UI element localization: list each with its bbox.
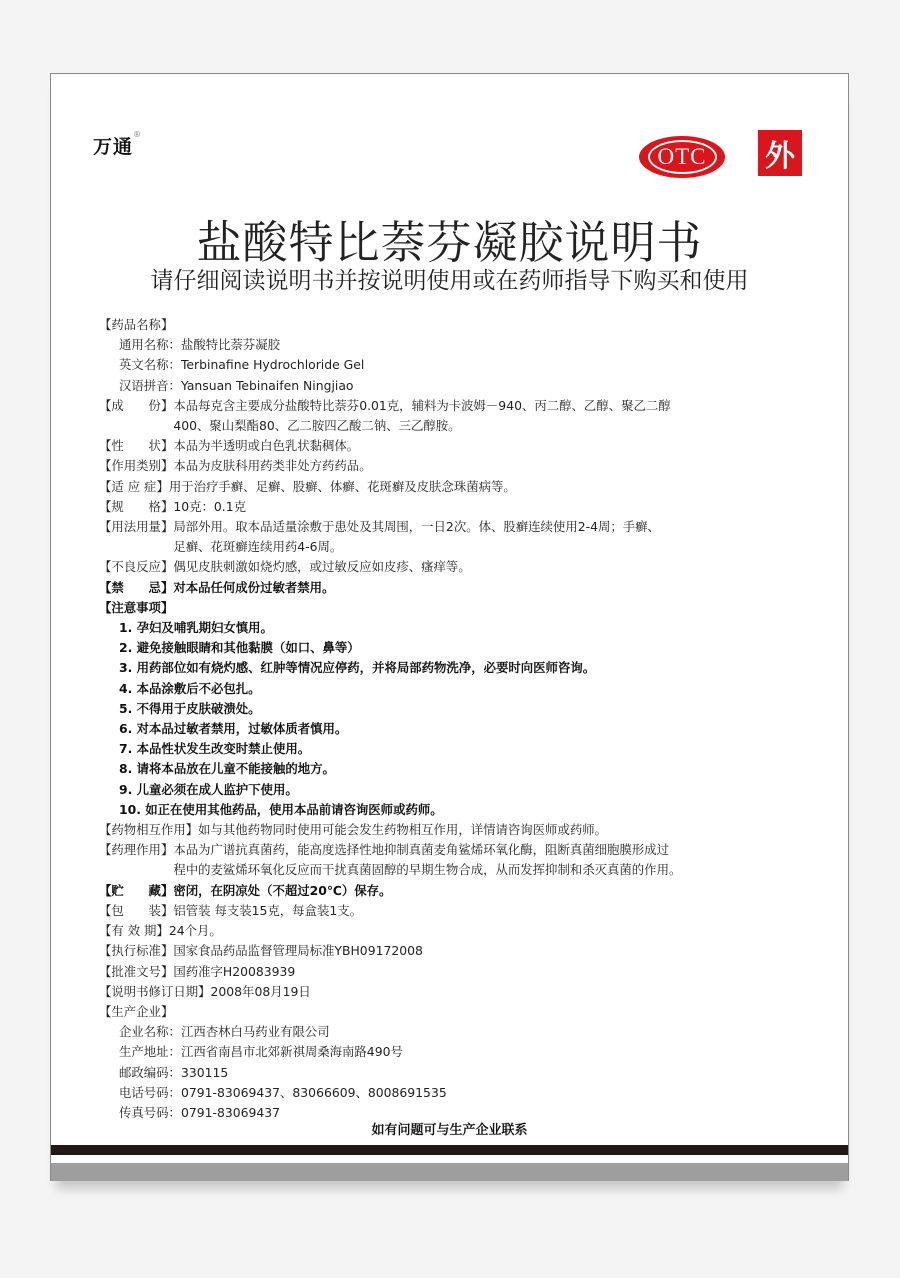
section-adverse-reactions: 【不良反应】偶见皮肤刺激如烧灼感，或过敏反应如皮疹、瘙痒等。 <box>99 557 819 577</box>
section-label: 【规 格】 <box>99 497 173 517</box>
document-subtitle: 请仔细阅读说明书并按说明使用或在药师指导下购买和使用 <box>51 262 848 295</box>
section-label: 【有 效 期】 <box>99 921 169 941</box>
section-text: 24个月。 <box>169 921 819 941</box>
section-label: 【说明书修订日期】 <box>99 982 211 1002</box>
pinyin-name-label: 汉语拼音： <box>119 376 181 396</box>
section-contraindications: 【禁 忌】对本品任何成份过敏者禁用。 <box>99 578 819 598</box>
precaution-item: 8. 请将本品放在儿童不能接触的地方。 <box>99 759 819 779</box>
brand-name: 万通 <box>93 136 133 158</box>
section-label: 【性 状】 <box>99 436 173 456</box>
section-label: 【贮 藏】 <box>99 881 173 901</box>
section-precautions: 【注意事项】 1. 孕妇及哺乳期妇女慎用。 2. 避免接触眼睛和其他黏膜（如口、… <box>99 598 819 820</box>
company-name-label: 企业名称： <box>119 1022 181 1042</box>
section-pharmacology: 【药理作用】 本品为广谱抗真菌药，能高度选择性地抑制真菌麦角鲨烯环氧化酶，阻断真… <box>99 840 819 880</box>
leaflet-content: 【药品名称】 通用名称：盐酸特比萘芬凝胶 英文名称：Terbinafine Hy… <box>99 315 819 1123</box>
section-label: 【适 应 症】 <box>99 477 169 497</box>
composition-line: 本品每克含主要成分盐酸特比萘芬0.01克，辅料为卡波姆－940、丙二醇、乙醇、聚… <box>173 396 819 416</box>
section-text: 铝管装 每支装15克，每盒装1支。 <box>173 901 819 921</box>
address: 江西省南昌市北郊新祺周桑海南路490号 <box>181 1042 819 1062</box>
generic-name: 盐酸特比萘芬凝胶 <box>181 335 819 355</box>
english-name-label: 英文名称： <box>119 355 181 375</box>
brand-logo: 万通® <box>93 132 142 159</box>
section-drug-name: 【药品名称】 通用名称：盐酸特比萘芬凝胶 英文名称：Terbinafine Hy… <box>99 315 819 396</box>
section-label: 【药物相互作用】 <box>99 820 198 840</box>
precaution-item: 1. 孕妇及哺乳期妇女慎用。 <box>99 618 819 638</box>
dosage-line: 足癣、花斑癣连续用药4-6周。 <box>173 537 819 557</box>
section-text: 10克：0.1克 <box>173 497 819 517</box>
section-label: 【用法用量】 <box>99 517 173 557</box>
section-specification: 【规 格】10克：0.1克 <box>99 497 819 517</box>
section-text: 用于治疗手癣、足癣、股癣、体癣、花斑癣及皮肤念珠菌病等。 <box>169 477 819 497</box>
section-label: 【禁 忌】 <box>99 578 173 598</box>
postcode: 330115 <box>181 1063 819 1083</box>
precaution-item: 2. 避免接触眼睛和其他黏膜（如口、鼻等） <box>99 638 819 658</box>
section-text: 国药准字H20083939 <box>173 962 819 982</box>
section-label: 【批准文号】 <box>99 962 173 982</box>
section-interactions: 【药物相互作用】如与其他药物同时使用可能会发生药物相互作用，详情请咨询医师或药师… <box>99 820 819 840</box>
section-composition: 【成 份】 本品每克含主要成分盐酸特比萘芬0.01克，辅料为卡波姆－940、丙二… <box>99 396 819 436</box>
precaution-item: 3. 用药部位如有烧灼感、红肿等情况应停药，并将局部药物洗净，必要时向医师咨询。 <box>99 658 819 678</box>
pharmacology-line: 程中的麦鲨烯环氧化反应而干扰真菌固醇的早期生物合成，从而发挥抑制和杀灭真菌的作用… <box>173 860 819 880</box>
section-manufacturer: 【生产企业】 企业名称：江西杏林白马药业有限公司 生产地址：江西省南昌市北郊新祺… <box>99 1002 819 1123</box>
section-text: 本品为半透明或白色乳状黏稠体。 <box>173 436 819 456</box>
section-text: 本品为皮肤科用药类非处方药药品。 <box>173 456 819 476</box>
section-packaging: 【包 装】铝管装 每支装15克，每盒装1支。 <box>99 901 819 921</box>
postcode-label: 邮政编码： <box>119 1063 181 1083</box>
section-label: 【注意事项】 <box>99 598 819 618</box>
composition-line: 400、聚山梨酯80、乙二胺四乙酸二钠、三乙醇胺。 <box>173 416 819 436</box>
registered-mark: ® <box>133 130 142 139</box>
section-text: 对本品任何成份过敏者禁用。 <box>173 578 819 598</box>
section-dosage: 【用法用量】 局部外用。取本品适量涂敷于患处及其周围，一日2次。体、股癣连续使用… <box>99 517 819 557</box>
section-label: 【成 份】 <box>99 396 173 436</box>
footer-contact-note: 如有问题可与生产企业联系 <box>51 1119 848 1138</box>
precaution-item: 10. 如正在使用其他药品，使用本品前请咨询医师或药师。 <box>99 800 819 820</box>
phone: 0791-83069437、83066609、8008691535 <box>181 1083 819 1103</box>
precaution-item: 5. 不得用于皮肤破溃处。 <box>99 699 819 719</box>
section-storage: 【贮 藏】密闭，在阴凉处（不超过20℃）保存。 <box>99 881 819 901</box>
section-text: 偶见皮肤刺激如烧灼感，或过敏反应如皮疹、瘙痒等。 <box>173 557 819 577</box>
otc-badge-icon: OTC <box>639 136 725 178</box>
section-label: 【作用类别】 <box>99 456 173 476</box>
pharmacology-line: 本品为广谱抗真菌药，能高度选择性地抑制真菌麦角鲨烯环氧化酶，阻断真菌细胞膜形成过 <box>173 840 819 860</box>
section-text: 如与其他药物同时使用可能会发生药物相互作用，详情请咨询医师或药师。 <box>198 820 819 840</box>
footer-gray-band <box>51 1163 848 1181</box>
section-label: 【不良反应】 <box>99 557 173 577</box>
pinyin-name: Yansuan Tebinaifen Ningjiao <box>181 376 819 396</box>
section-label: 【药品名称】 <box>99 315 819 335</box>
section-text: 2008年08月19日 <box>211 982 819 1002</box>
precaution-item: 6. 对本品过敏者禁用，过敏体质者慎用。 <box>99 719 819 739</box>
section-label: 【包 装】 <box>99 901 173 921</box>
english-name: Terbinafine Hydrochloride Gel <box>181 355 819 375</box>
precaution-item: 7. 本品性状发生改变时禁止使用。 <box>99 739 819 759</box>
company-name: 江西杏林白马药业有限公司 <box>181 1022 819 1042</box>
section-description: 【性 状】本品为半透明或白色乳状黏稠体。 <box>99 436 819 456</box>
phone-label: 电话号码： <box>119 1083 181 1103</box>
external-use-badge-icon: 外 <box>758 130 802 176</box>
section-revision-date: 【说明书修订日期】2008年08月19日 <box>99 982 819 1002</box>
section-label: 【执行标准】 <box>99 941 173 961</box>
generic-name-label: 通用名称： <box>119 335 181 355</box>
address-label: 生产地址： <box>119 1042 181 1062</box>
section-label: 【生产企业】 <box>99 1002 819 1022</box>
section-text: 密闭，在阴凉处（不超过20℃）保存。 <box>173 881 819 901</box>
section-text: 国家食品药品监督管理局标准YBH09172008 <box>173 941 819 961</box>
dosage-line: 局部外用。取本品适量涂敷于患处及其周围，一日2次。体、股癣连续使用2-4周；手癣… <box>173 517 819 537</box>
section-approval: 【批准文号】国药准字H20083939 <box>99 962 819 982</box>
precaution-item: 4. 本品涂敷后不必包扎。 <box>99 679 819 699</box>
section-standard: 【执行标准】国家食品药品监督管理局标准YBH09172008 <box>99 941 819 961</box>
section-category: 【作用类别】本品为皮肤科用药类非处方药药品。 <box>99 456 819 476</box>
section-label: 【药理作用】 <box>99 840 173 880</box>
precaution-item: 9. 儿童必须在成人监护下使用。 <box>99 780 819 800</box>
leaflet-sheet: 万通® OTC 外 盐酸特比萘芬凝胶说明书 请仔细阅读说明书并按说明使用或在药师… <box>50 73 849 1181</box>
otc-badge-label: OTC <box>648 140 717 174</box>
section-indications: 【适 应 症】用于治疗手癣、足癣、股癣、体癣、花斑癣及皮肤念珠菌病等。 <box>99 477 819 497</box>
footer-black-band <box>51 1145 848 1155</box>
section-expiry: 【有 效 期】24个月。 <box>99 921 819 941</box>
